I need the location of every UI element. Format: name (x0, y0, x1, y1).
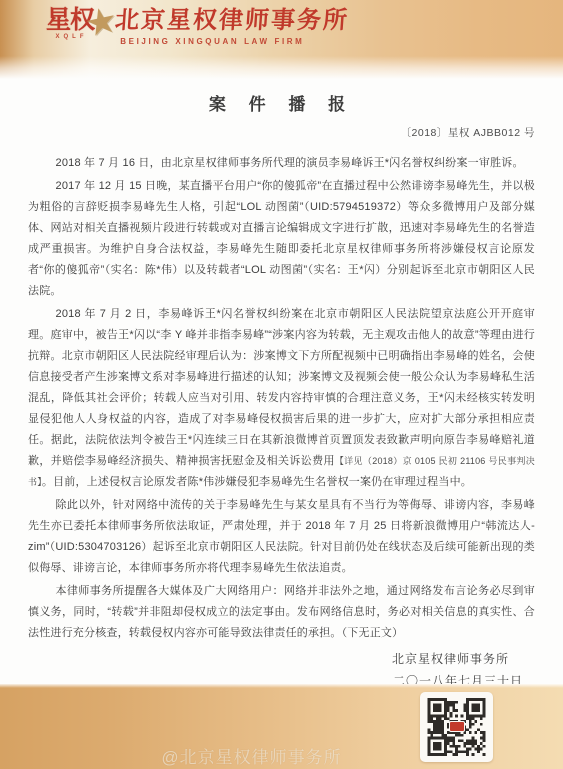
case-reference-number: 〔2018〕星权 AJBB012 号 (28, 125, 535, 140)
paragraph-incident-background: 2017 年 12 月 15 日晚，某直播平台用户“你的傻狐帝”在直播过程中公然… (28, 176, 535, 302)
qr-code (420, 692, 493, 762)
firm-name-chinese: 北京星权律师事务所 (114, 7, 350, 35)
firm-name-english: BEIJING XINGQUAN LAW FIRM (115, 37, 349, 46)
firm-logo: 星权 XQLF ★ 北京星权律师事务所 BEIJING XINGQUAN LAW… (46, 7, 349, 46)
qr-center-logo (449, 721, 465, 732)
paragraph-trial-and-judgment: 2018 年 7 月 2 日，李易峰诉王*闪名誉权纠纷案在北京市朝阳区人民法院望… (28, 304, 535, 493)
trial-text-continued: 。目前，上述侵权言论原发者陈*伟涉嫌侵犯李易峰先生名誉权一案仍在审理过程当中。 (42, 476, 472, 488)
paragraph-verdict-announcement: 2018 年 7 月 16 日，由北京星权律师事务所代理的演员李易峰诉王*闪名誉… (28, 153, 535, 174)
trial-text: 2018 年 7 月 2 日，李易峰诉王*闪名誉权纠纷案在北京市朝阳区人民法院望… (28, 308, 535, 467)
document-title: 案 件 播 报 (28, 94, 535, 116)
paragraph-reminder: 本律师事务所提醒各大媒体及广大网络用户：网络并非法外之地，通过网络发布言论务必尽… (28, 581, 535, 644)
footer-band: @北京星权律师事务所 (0, 684, 563, 769)
letterhead: 星权 XQLF ★ 北京星权律师事务所 BEIJING XINGQUAN LAW… (0, 0, 563, 80)
case-report-page: 星权 XQLF ★ 北京星权律师事务所 BEIJING XINGQUAN LAW… (0, 0, 563, 769)
firm-name-block: 北京星权律师事务所 BEIJING XINGQUAN LAW FIRM (115, 7, 349, 46)
paragraph-additional-lawsuit: 除此以外，针对网络中流传的关于李易峰先生与某女星具有不当行为等侮辱、诽谤内容，李… (28, 495, 535, 579)
document-body: 案 件 播 报 〔2018〕星权 AJBB012 号 2018 年 7 月 16… (0, 80, 563, 692)
signature-firm: 北京星权律师事务所 (28, 648, 523, 670)
